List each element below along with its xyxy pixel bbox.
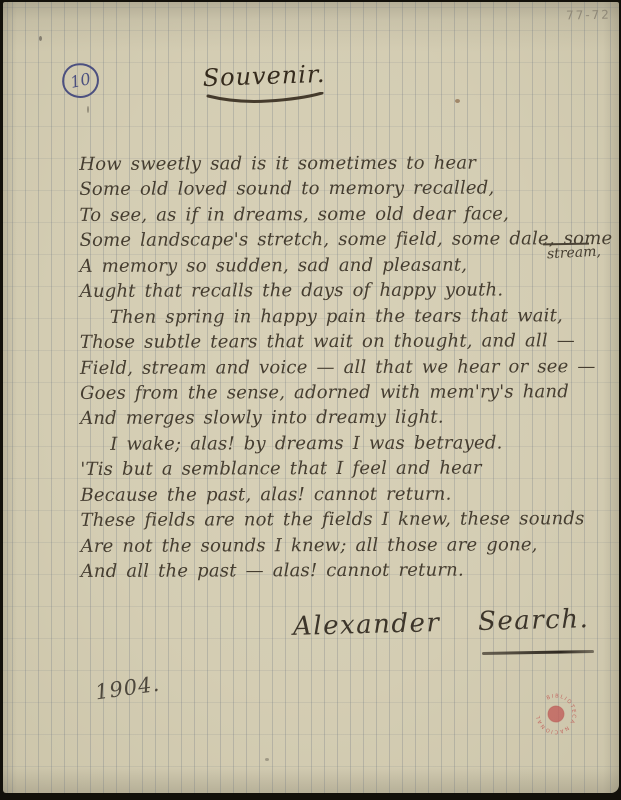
poem-line: And all the past — alas! cannot return. (81, 559, 611, 586)
poem-line: 'Tis but a semblance that I feel and hea… (80, 457, 610, 484)
page-number: 10 (69, 69, 93, 92)
poem-line: Those subtle tears that wait on thought,… (80, 330, 610, 357)
poem-line: How sweetly sad is it sometimes to hear (79, 152, 609, 179)
poem-line: Some landscape's stretch, some field, so… (80, 228, 610, 255)
inserted-word: stream, (547, 244, 602, 263)
archive-code: 77-72 (566, 8, 611, 23)
paper-speck (455, 99, 460, 103)
poem-line: I wake; alas! by dreams I was betrayed. (80, 432, 610, 459)
poem-title: Souvenir. (199, 60, 330, 93)
poem-line: Are not the sounds I knew; all those are… (81, 534, 611, 561)
poem-line: And merges slowly into dreamy light. (80, 406, 610, 433)
title-underline-flourish (206, 92, 324, 104)
paper-speck (87, 106, 89, 113)
poem-line: These fields are not the fields I knew, … (80, 508, 610, 535)
poem-line: Some old loved sound to memory recalled, (79, 178, 609, 205)
poem-line: To see, as if in dreams, some old dear f… (79, 203, 609, 230)
manuscript-page: 77-72 10 Souvenir. How sweetly sad is it… (3, 2, 619, 793)
poem-line: Aught that recalls the days of happy you… (80, 279, 610, 306)
poem-line: Field, stream and voice — all that we he… (80, 356, 610, 383)
poem-line: Goes from the sense, adorned with mem'ry… (80, 381, 610, 408)
paper-speck (265, 758, 269, 761)
poem-line: Because the past, alas! cannot return. (80, 483, 610, 510)
poem-line: A memory so sudden, sad and pleasant, (80, 254, 610, 281)
paper-speck (39, 36, 42, 41)
poem-body: How sweetly sad is it sometimes to hear … (79, 152, 611, 586)
poem-line: Then spring in happy pain the tears that… (80, 305, 610, 332)
